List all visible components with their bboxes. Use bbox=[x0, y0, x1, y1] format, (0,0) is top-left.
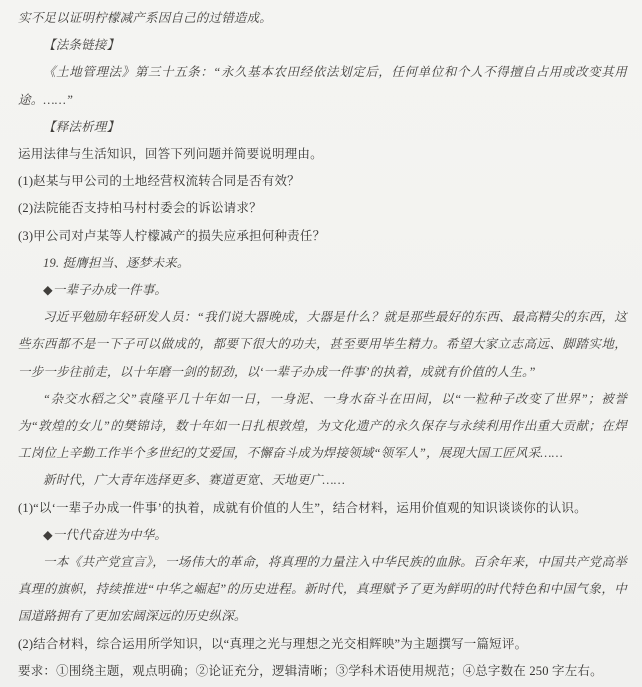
q19-requirements: 要求：①围绕主题，观点明确；②论证充分，逻辑清晰；③学科术语使用规范；④总字数在… bbox=[18, 658, 627, 685]
q18-subquestion-2: (2)法院能否支持柏马村村委会的诉讼请求？ bbox=[18, 195, 627, 222]
q19-material-role-models: “杂交水稻之父”袁隆平几十年如一日，一身泥、一身水奋斗在田间，以“一粒种子改变了… bbox=[18, 386, 627, 468]
q19-title: 19. 挺膺担当、逐梦未来。 bbox=[18, 250, 627, 277]
q18-subquestion-3: (3)甲公司对卢某等人柠檬减产的损失应承担何种责任？ bbox=[18, 223, 627, 250]
q19-material-manifesto: 一本《共产党宣言》，一场伟大的革命，将真理的力量注入中华民族的血脉。百余年来，中… bbox=[18, 549, 627, 631]
q19-bullet-topic-1: ◆一辈子办成一件事。 bbox=[18, 277, 627, 304]
q19-bullet-topic-2: ◆一代代奋进为中华。 bbox=[18, 522, 627, 549]
interpretation-heading: 【释法析理】 bbox=[18, 114, 627, 141]
q19-material-xi-quote: 习近平勉励年轻研发人员：“我们说大器晚成，大器是什么？就是那些最好的东西、最高精… bbox=[18, 304, 627, 386]
q18-subquestion-1: (1)赵某与甲公司的土地经营权流转合同是否有效？ bbox=[18, 168, 627, 195]
q19-subquestion-1: (1)“以‘一辈子办成一件事’的执着，成就有价值的人生”，结合材料，运用价值观的… bbox=[18, 495, 627, 522]
q19-material-new-era: 新时代，广大青年选择更多、赛道更宽、天地更广…… bbox=[18, 467, 627, 494]
q18-instruction: 运用法律与生活知识，回答下列问题并简要说明理由。 bbox=[18, 141, 627, 168]
q18-stem-continuation: 实不足以证明柠檬减产系因自己的过错造成。 bbox=[18, 5, 627, 32]
q19-subquestion-2: (2)结合材料，综合运用所学知识，以“真理之光与理想之光交相辉映”为主题撰写一篇… bbox=[18, 631, 627, 658]
exam-paper-page: 实不足以证明柠檬减产系因自己的过错造成。 【法条链接】 《土地管理法》第三十五条… bbox=[0, 0, 642, 687]
law-quote: 《土地管理法》第三十五条：“永久基本农田经依法划定后，任何单位和个人不得擅自占用… bbox=[18, 59, 627, 113]
law-link-heading: 【法条链接】 bbox=[18, 32, 627, 59]
